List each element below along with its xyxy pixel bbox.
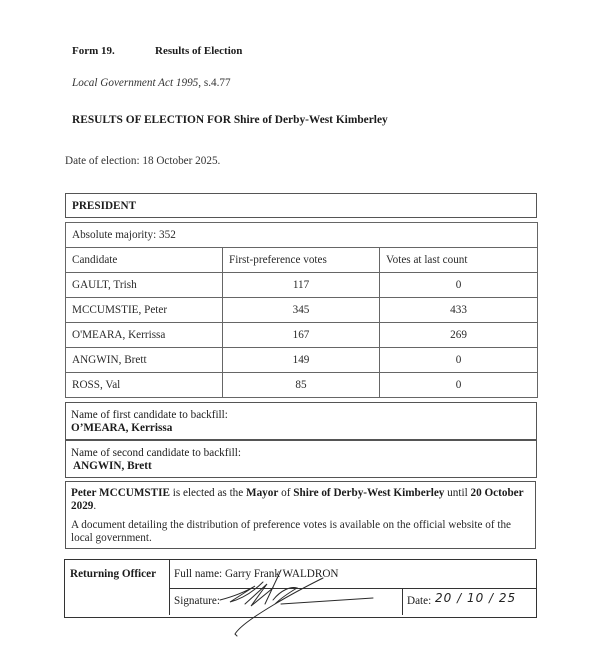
candidate-name: ANGWIN, Brett [66,348,223,373]
column-header-first-preference: First-preference votes [223,248,380,273]
first-preference-votes: 85 [223,373,380,398]
last-count-votes: 0 [380,348,538,373]
declaration-entity: Shire of Derby-West Kimberley [293,487,444,499]
last-count-votes: 433 [380,298,538,323]
returning-officer-label: Returning Officer [70,567,156,581]
declaration-text: until [444,487,470,499]
first-preference-votes: 149 [223,348,380,373]
first-backfill-label: Name of first candidate to backfill: [71,408,228,422]
candidate-name: GAULT, Trish [66,273,223,298]
declaration-text: . [93,500,96,512]
returning-officer-label-cell: Returning Officer [65,560,170,615]
signature-image [215,560,385,640]
second-backfill-box: Name of second candidate to backfill: AN… [65,440,537,478]
results-heading-prefix: RESULTS OF ELECTION FOR [72,114,231,126]
signature-label: Signature: [174,594,220,608]
handwritten-date: 20 / 10 / 25 [435,591,516,605]
last-count-votes: 269 [380,323,538,348]
table-row: GAULT, Trish 117 0 [66,273,538,298]
last-count-votes: 0 [380,273,538,298]
date-label: Date: [407,594,431,608]
date-cell: Date: 20 / 10 / 25 [402,588,536,615]
first-preference-votes: 117 [223,273,380,298]
results-heading-entity: Shire of Derby-West Kimberley [234,114,388,126]
last-count-votes: 0 [380,373,538,398]
candidate-name: MCCUMSTIE, Peter [66,298,223,323]
president-title: PRESIDENT [72,199,136,213]
results-heading: RESULTS OF ELECTION FOR Shire of Derby-W… [72,113,388,127]
distribution-note: A document detailing the distribution of… [71,519,531,545]
table-row: O'MEARA, Kerrissa 167 269 [66,323,538,348]
act-section: , s.4.77 [198,77,230,89]
first-preference-votes: 345 [223,298,380,323]
act-reference: Local Government Act 1995, s.4.77 [72,76,231,90]
form-number: Form 19. [72,44,115,58]
column-header-candidate: Candidate [66,248,223,273]
candidate-name: O'MEARA, Kerrissa [66,323,223,348]
elected-position: Mayor [246,487,278,499]
second-backfill-name: ANGWIN, Brett [73,459,152,473]
absolute-majority: Absolute majority: 352 [66,223,538,248]
declaration-text: is elected as the [170,487,246,499]
declaration-text: of [278,487,293,499]
act-name: Local Government Act 1995 [72,77,198,89]
table-row: ANGWIN, Brett 149 0 [66,348,538,373]
election-declaration: Peter MCCUMSTIE is elected as the Mayor … [71,487,526,513]
results-table: Absolute majority: 352 Candidate First-p… [65,222,538,398]
date-of-election: Date of election: 18 October 2025. [65,154,220,168]
elected-candidate: Peter MCCUMSTIE [71,487,170,499]
column-header-last-count: Votes at last count [380,248,538,273]
first-preference-votes: 167 [223,323,380,348]
president-section-title: PRESIDENT [65,193,537,218]
second-backfill-label: Name of second candidate to backfill: [71,446,241,460]
table-row: MCCUMSTIE, Peter 345 433 [66,298,538,323]
absolute-majority-row: Absolute majority: 352 [66,223,538,248]
first-backfill-name: O’MEARA, Kerrissa [71,421,172,435]
declaration-box: Peter MCCUMSTIE is elected as the Mayor … [65,481,536,549]
table-row: ROSS, Val 85 0 [66,373,538,398]
table-header-row: Candidate First-preference votes Votes a… [66,248,538,273]
form-title: Results of Election [155,44,242,58]
first-backfill-box: Name of first candidate to backfill: O’M… [65,402,537,440]
candidate-name: ROSS, Val [66,373,223,398]
